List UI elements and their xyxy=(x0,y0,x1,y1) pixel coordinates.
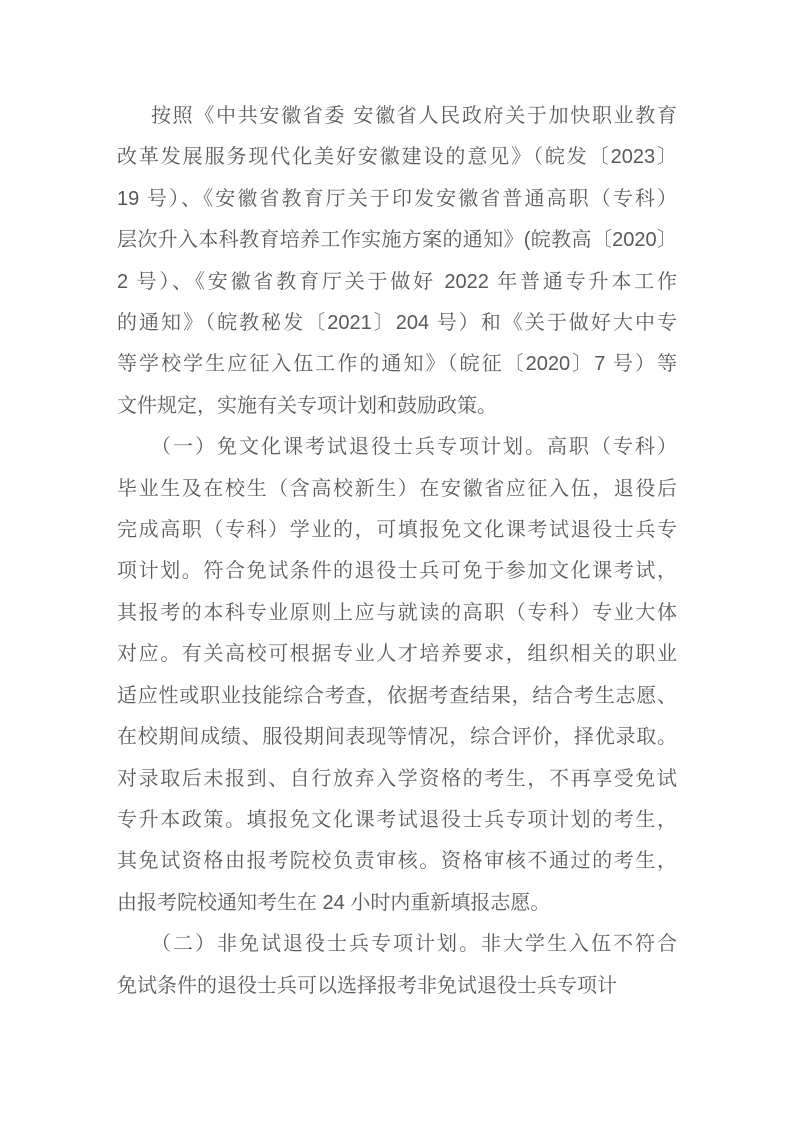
text-line: 专升本政策。填报免文化课考试退役士兵专项计划的考生， xyxy=(117,800,677,841)
text-line: 完成高职（专科）学业的，可填报免文化课考试退役士兵专 xyxy=(117,510,677,551)
text-line: 的通知》（皖教秘发〔2021〕204 号）和《关于做好大中专 xyxy=(117,303,677,344)
text-line: 适应性或职业技能综合考查，依据考查结果，结合考生志愿、 xyxy=(117,676,677,717)
text-line: （二）非免试退役士兵专项计划。非大学生入伍不符合 xyxy=(117,924,677,965)
text-line: 项计划。符合免试条件的退役士兵可免于参加文化课考试， xyxy=(117,551,677,592)
text-line: 对录取后未报到、自行放弃入学资格的考生，不再享受免试 xyxy=(117,759,677,800)
document-body: 按照《中共安徽省委 安徽省人民政府关于加快职业教育改革发展服务现代化美好安徽建设… xyxy=(117,96,677,1007)
paragraph: （一）免文化课考试退役士兵专项计划。高职（专科）毕业生及在校生（含高校新生）在安… xyxy=(117,427,677,924)
text-line: 毕业生及在校生（含高校新生）在安徽省应征入伍，退役后 xyxy=(117,469,677,510)
text-line: 19 号）、《安徽省教育厅关于印发安徽省普通高职（专科） xyxy=(117,179,677,220)
text-line: 层次升入本科教育培养工作实施方案的通知》(皖教高〔2020〕 xyxy=(117,220,677,261)
text-line: 在校期间成绩、服役期间表现等情况，综合评价，择优录取。 xyxy=(117,717,677,758)
text-line: 其报考的本科专业原则上应与就读的高职（专科）专业大体 xyxy=(117,593,677,634)
document-page: 按照《中共安徽省委 安徽省人民政府关于加快职业教育改革发展服务现代化美好安徽建设… xyxy=(0,0,793,1122)
text-line: 按照《中共安徽省委 安徽省人民政府关于加快职业教育 xyxy=(117,96,677,137)
text-line: 其免试资格由报考院校负责审核。资格审核不通过的考生， xyxy=(117,841,677,882)
paragraph: （二）非免试退役士兵专项计划。非大学生入伍不符合免试条件的退役士兵可以选择报考非… xyxy=(117,924,677,1007)
text-line: 等学校学生应征入伍工作的通知》（皖征〔2020〕7 号）等 xyxy=(117,344,677,385)
text-line: 免试条件的退役士兵可以选择报考非免试退役士兵专项计 xyxy=(117,966,677,1007)
paragraph: 按照《中共安徽省委 安徽省人民政府关于加快职业教育改革发展服务现代化美好安徽建设… xyxy=(117,96,677,427)
text-line: 由报考院校通知考生在 24 小时内重新填报志愿。 xyxy=(117,883,677,924)
text-line: 2 号）、《安徽省教育厅关于做好 2022 年普通专升本工作 xyxy=(117,262,677,303)
text-line: 对应。有关高校可根据专业人才培养要求，组织相关的职业 xyxy=(117,634,677,675)
text-line: 文件规定，实施有关专项计划和鼓励政策。 xyxy=(117,386,677,427)
text-line: 改革发展服务现代化美好安徽建设的意见》（皖发〔2023〕 xyxy=(117,137,677,178)
text-line: （一）免文化课考试退役士兵专项计划。高职（专科） xyxy=(117,427,677,468)
